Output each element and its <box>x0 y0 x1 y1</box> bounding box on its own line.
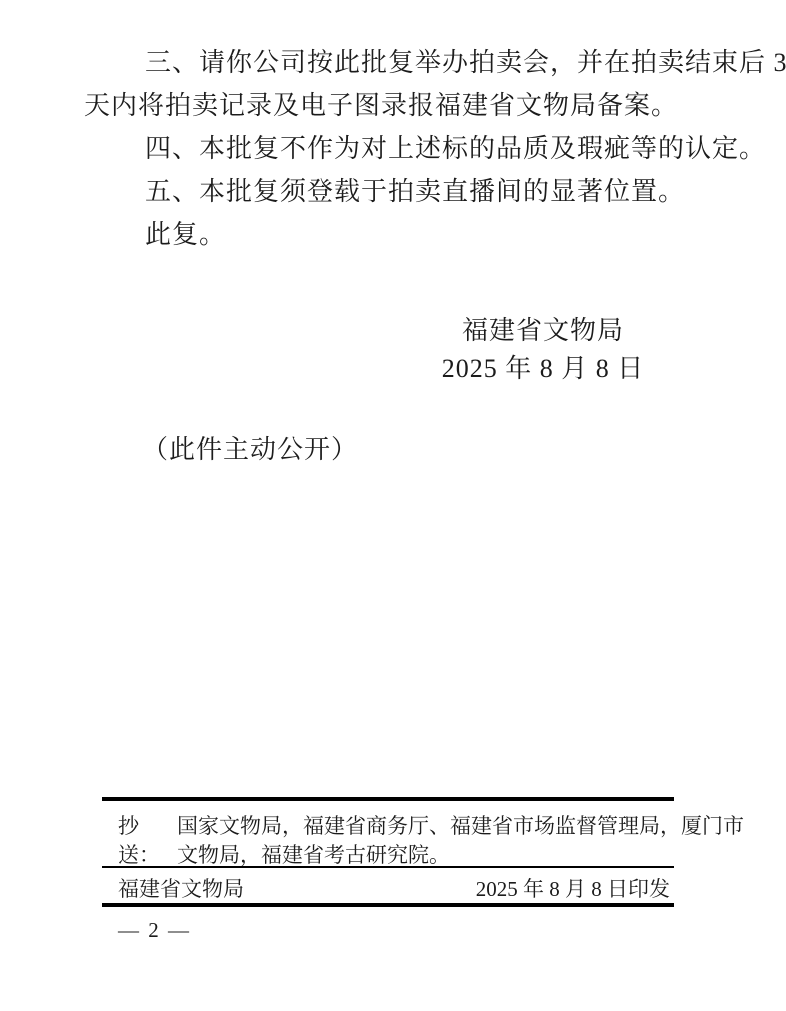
body-line: 四、本批复不作为对上述标的品质及瑕疵等的认定。 <box>84 127 676 170</box>
body-line: 天内将拍卖记录及电子图录报福建省文物局备案。 <box>84 84 676 127</box>
cc-label: 抄送： <box>118 812 177 870</box>
footer-bottom-rule <box>102 903 674 907</box>
cc-line: 国家文物局，福建省商务厅、福建省市场监督管理局，厦门市 <box>177 812 744 841</box>
cc-block: 抄送： 国家文物局，福建省商务厅、福建省市场监督管理局，厦门市 文物局，福建省考… <box>118 812 674 870</box>
body-line: 三、请你公司按此批复举办拍卖会，并在拍卖结束后 30 <box>84 41 676 84</box>
signature-org: 福建省文物局 <box>420 312 666 350</box>
signature-block: 福建省文物局 2025 年 8 月 8 日 <box>420 312 666 388</box>
footer-top-rule <box>102 797 674 801</box>
issuer-name: 福建省文物局 <box>118 876 244 902</box>
cc-lines: 国家文物局，福建省商务厅、福建省市场监督管理局，厦门市 文物局，福建省考古研究院… <box>177 812 744 870</box>
footer-middle-rule <box>102 866 674 868</box>
issuer-row: 福建省文物局 2025 年 8 月 8 日印发 <box>118 876 670 902</box>
page-number: — 2 — <box>118 918 191 943</box>
signature-date: 2025 年 8 月 8 日 <box>420 350 666 388</box>
document-body: 三、请你公司按此批复举办拍卖会，并在拍卖结束后 30 天内将拍卖记录及电子图录报… <box>84 41 676 256</box>
body-line: 此复。 <box>84 213 676 256</box>
body-line: 五、本批复须登载于拍卖直播间的显著位置。 <box>84 170 676 213</box>
print-date: 2025 年 8 月 8 日印发 <box>476 876 670 902</box>
disclosure-note: （此件主动公开） <box>142 429 358 466</box>
document-page: 三、请你公司按此批复举办拍卖会，并在拍卖结束后 30 天内将拍卖记录及电子图录报… <box>0 0 786 1011</box>
